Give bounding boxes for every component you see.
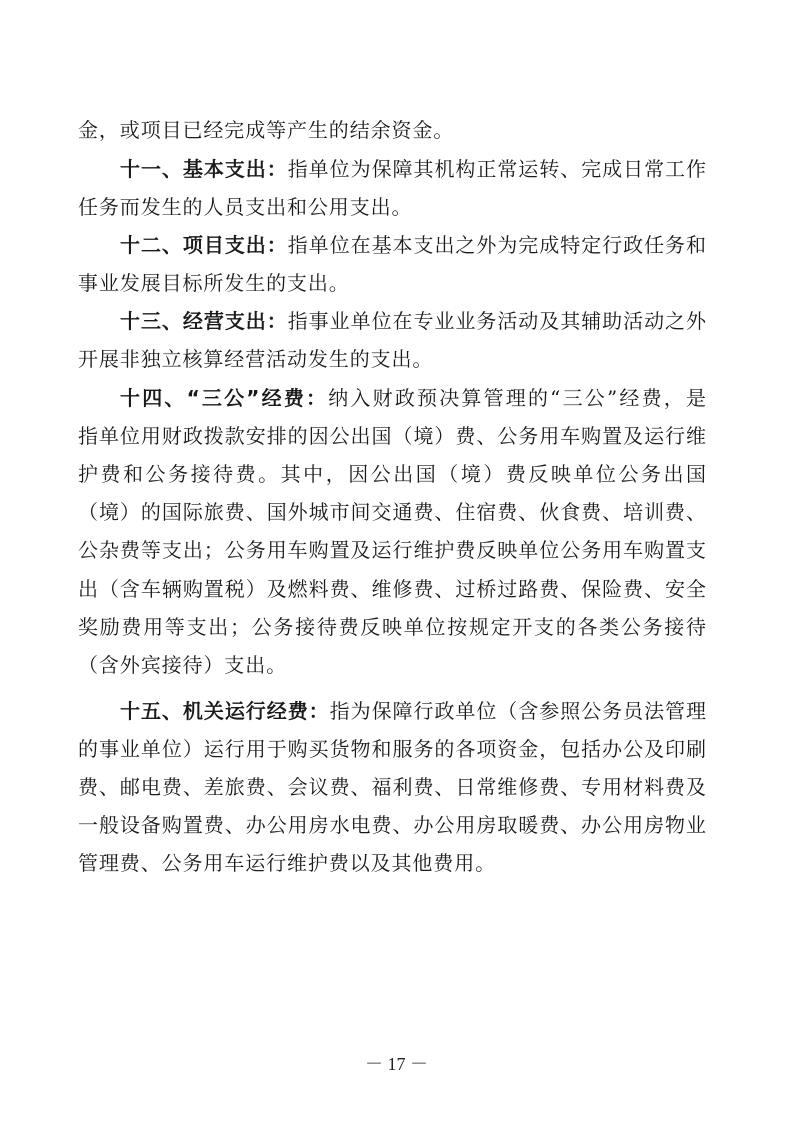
paragraph-line: 管理费、公务用车运行维护费以及其他费用。	[78, 844, 706, 882]
paragraph-text: 指单位为保障其机构正常运转、完成日常工作	[288, 157, 706, 181]
paragraph-line: 开展非独立核算经营活动发生的支出。	[78, 340, 706, 378]
paragraph-text: 指单位在基本支出之外为完成特定行政任务和	[288, 233, 706, 257]
page-number: － 17 －	[0, 1050, 793, 1076]
paragraph-line: 事业发展目标所发生的支出。	[78, 264, 706, 302]
paragraph-text: 指事业单位在专业业务活动及其辅助活动之外	[288, 309, 706, 333]
document-page: 金，或项目已经完成等产生的结余资金。 十一、基本支出：指单位为保障其机构正常运转…	[0, 0, 793, 1122]
paragraph-line: 指单位用财政拨款安排的因公出国（境）费、公务用车购置及运行维	[78, 417, 706, 455]
section-heading: 十五、机关运行经费：	[120, 699, 330, 723]
section-heading: 十一、基本支出：	[120, 157, 288, 181]
paragraph-basic-expenditure: 十一、基本支出：指单位为保障其机构正常运转、完成日常工作	[120, 150, 706, 188]
section-heading: 十三、经营支出：	[120, 309, 288, 333]
section-heading: 十四、“三公”经费：	[120, 386, 328, 410]
paragraph-line: 护费和公务接待费。其中，因公出国（境）费反映单位公务出国	[78, 455, 706, 493]
paragraph-three-public-funds: 十四、“三公”经费：纳入财政预决算管理的“三公”经费，是	[120, 379, 706, 417]
paragraph-line: 公杂费等支出；公务用车购置及运行维护费反映单位公务用车购置支	[78, 531, 706, 569]
paragraph-line: 的事业单位）运行用于购买货物和服务的各项资金，包括办公及印刷	[78, 730, 706, 768]
paragraph-line: 一般设备购置费、办公用房水电费、办公用房取暖费、办公用房物业	[78, 806, 706, 844]
paragraph-line: 费、邮电费、差旅费、会议费、福利费、日常维修费、专用材料费及	[78, 768, 706, 806]
paragraph-agency-operating-funds: 十五、机关运行经费：指为保障行政单位（含参照公务员法管理	[120, 692, 706, 730]
section-heading: 十二、项目支出：	[120, 233, 288, 257]
paragraph-line: （含外宾接待）支出。	[78, 646, 706, 684]
paragraph-line: （境）的国际旅费、国外城市间交通费、住宿费、伙食费、培训费、	[78, 493, 706, 531]
paragraph-line: 奖励费用等支出；公务接待费反映单位按规定开支的各类公务接待	[78, 608, 706, 646]
paragraph-operating-expenditure: 十三、经营支出：指事业单位在专业业务活动及其辅助活动之外	[120, 302, 706, 340]
paragraph-line: 金，或项目已经完成等产生的结余资金。	[78, 111, 706, 149]
paragraph-line: 出（含车辆购置税）及燃料费、维修费、过桥过路费、保险费、安全	[78, 570, 706, 608]
paragraph-project-expenditure: 十二、项目支出：指单位在基本支出之外为完成特定行政任务和	[120, 226, 706, 264]
paragraph-text: 指为保障行政单位（含参照公务员法管理	[330, 699, 706, 723]
paragraph-text: 纳入财政预决算管理的“三公”经费，是	[328, 386, 706, 410]
paragraph-line: 任务而发生的人员支出和公用支出。	[78, 188, 706, 226]
